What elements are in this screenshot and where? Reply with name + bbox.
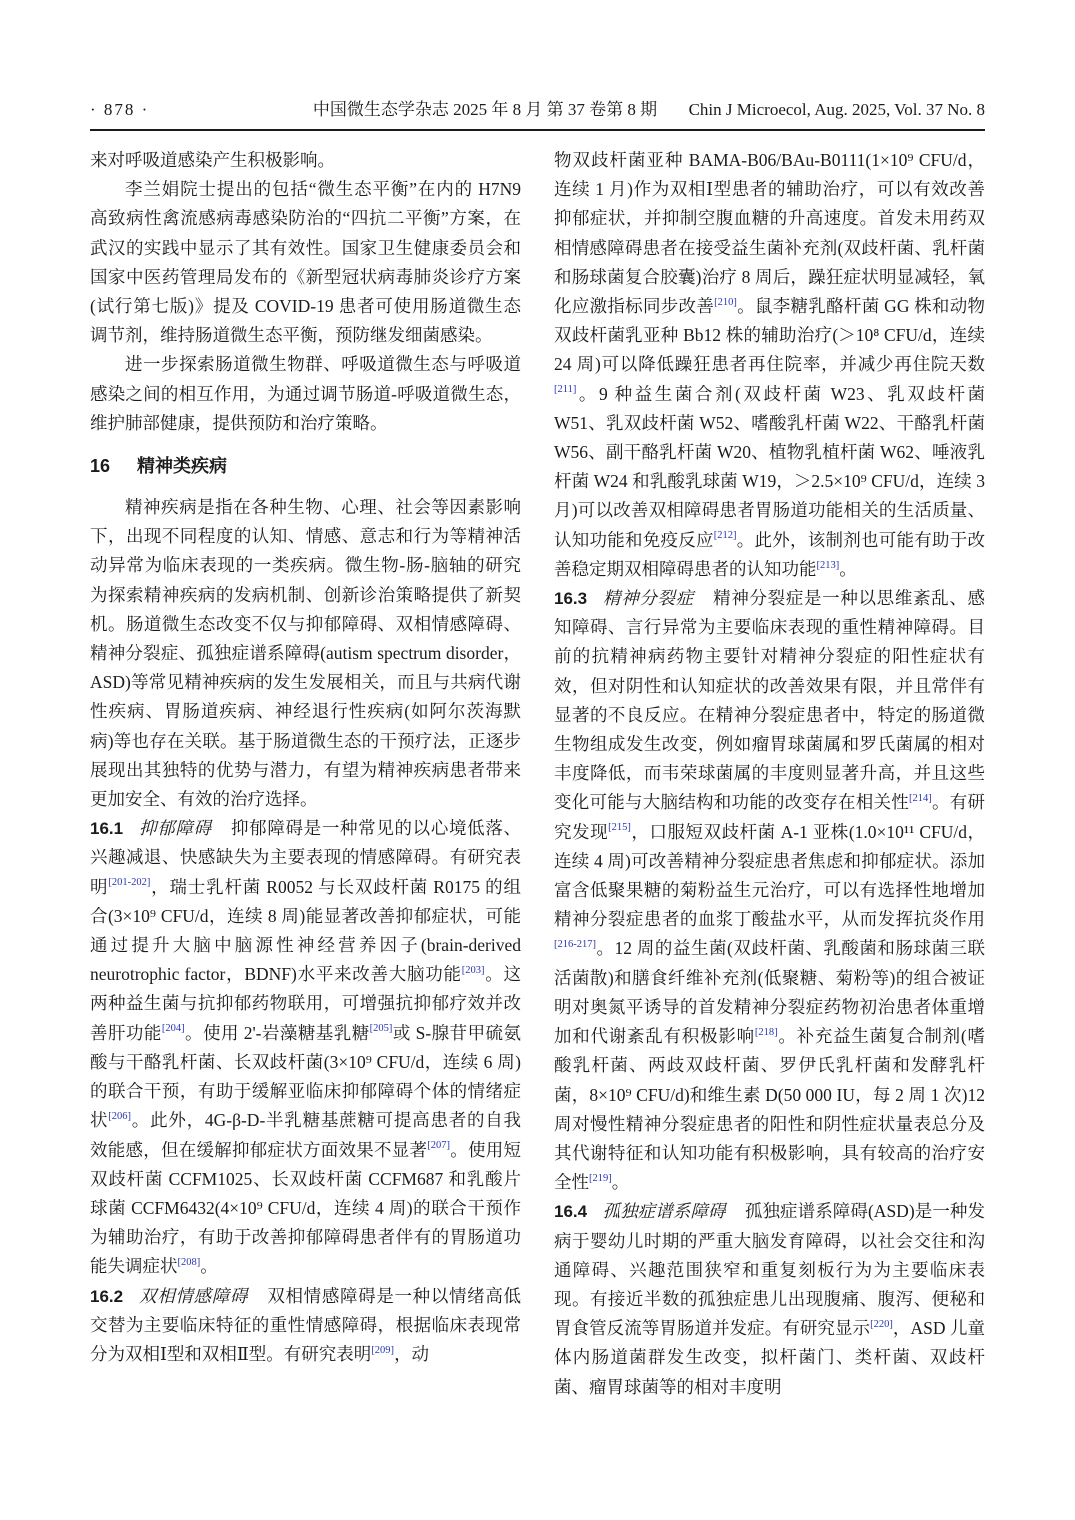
journal-title-cn: 中国微生态学杂志 2025 年 8 月 第 37 卷第 8 期 (313, 100, 657, 119)
paragraph: 物双歧杆菌亚种 BAMA-B06/BAu-B0111(1×10⁹ CFU/d，连… (554, 146, 985, 584)
journal-title-line: 中国微生态学杂志 2025 年 8 月 第 37 卷第 8 期 Chin J M… (313, 95, 985, 120)
subsection-number: 16.1 (90, 819, 123, 838)
article-body: 来对呼吸道感染产生积极影响。李兰娟院士提出的包括“微生态平衡”在内的 H7N9 … (90, 146, 985, 1402)
paragraph: 精神疾病是指在各种生物、心理、社会等因素影响下，出现不同程度的认知、情感、意志和… (90, 493, 521, 814)
citation-ref[interactable]: [215] (608, 822, 631, 833)
subsection-term: 精神分裂症 (602, 588, 694, 608)
citation-ref[interactable]: [201-202] (108, 877, 150, 888)
section-number: 16 (90, 456, 110, 476)
citation-ref[interactable]: [209] (371, 1345, 394, 1356)
subsection-paragraph: 16.1抑郁障碍抑郁障碍是一种常见的以心境低落、兴趣减退、快感缺失为主要表现的情… (90, 814, 521, 1281)
subsection-term: 孤独症谱系障碍 (602, 1201, 725, 1221)
citation-ref[interactable]: [204] (162, 1023, 185, 1034)
citation-ref[interactable]: [208] (178, 1257, 201, 1268)
header-rule (90, 129, 985, 131)
citation-ref[interactable]: [207] (427, 1140, 450, 1151)
citation-ref[interactable]: [205] (370, 1023, 393, 1034)
citation-ref[interactable]: [206] (108, 1111, 131, 1122)
subsection-number: 16.2 (90, 1287, 123, 1306)
subsection-paragraph: 16.4孤独症谱系障碍孤独症谱系障碍(ASD)是一种发病于婴幼儿时期的严重大脑发… (554, 1197, 985, 1401)
citation-ref[interactable]: [216-217] (554, 939, 596, 950)
citation-ref[interactable]: [210] (714, 297, 737, 308)
citation-ref[interactable]: [219] (589, 1173, 612, 1184)
citation-ref[interactable]: [214] (909, 793, 932, 804)
paragraph: 李兰娟院士提出的包括“微生态平衡”在内的 H7N9 高致病性禽流感病毒感染防治的… (90, 175, 521, 350)
journal-title-en: Chin J Microecol, Aug. 2025, Vol. 37 No.… (689, 100, 985, 119)
subsection-paragraph: 16.3精神分裂症精神分裂症是一种以思维紊乱、感知障碍、言行异常为主要临床表现的… (554, 584, 985, 1197)
column-right: 物双歧杆菌亚种 BAMA-B06/BAu-B0111(1×10⁹ CFU/d，连… (554, 146, 985, 1402)
paragraph: 进一步探索肠道微生物群、呼吸道微生态与呼吸道感染之间的相互作用，为通过调节肠道-… (90, 350, 521, 438)
citation-ref[interactable]: [212] (714, 530, 737, 541)
page-number: · 878 · (90, 100, 149, 120)
citation-ref[interactable]: [213] (817, 560, 840, 571)
page-header: · 878 · 中国微生态学杂志 2025 年 8 月 第 37 卷第 8 期 … (90, 0, 985, 120)
column-left: 来对呼吸道感染产生积极影响。李兰娟院士提出的包括“微生态平衡”在内的 H7N9 … (90, 146, 521, 1402)
citation-ref[interactable]: [211] (554, 384, 576, 395)
journal-page: · 878 · 中国微生态学杂志 2025 年 8 月 第 37 卷第 8 期 … (0, 0, 1075, 1520)
citation-ref[interactable]: [220] (870, 1319, 893, 1330)
subsection-number: 16.3 (554, 589, 587, 608)
section-title: 精神类疾病 (137, 456, 227, 476)
paragraph: 来对呼吸道感染产生积极影响。 (90, 146, 521, 175)
subsection-term: 抑郁障碍 (138, 818, 211, 838)
subsection-paragraph: 16.2双相情感障碍双相情感障碍是一种以情绪高低交替为主要临床特征的重性情感障碍… (90, 1282, 521, 1370)
section-heading: 16精神类疾病 (90, 452, 521, 481)
citation-ref[interactable]: [218] (755, 1027, 778, 1038)
citation-ref[interactable]: [203] (462, 965, 485, 976)
subsection-term: 双相情感障碍 (138, 1286, 248, 1306)
subsection-number: 16.4 (554, 1202, 587, 1221)
